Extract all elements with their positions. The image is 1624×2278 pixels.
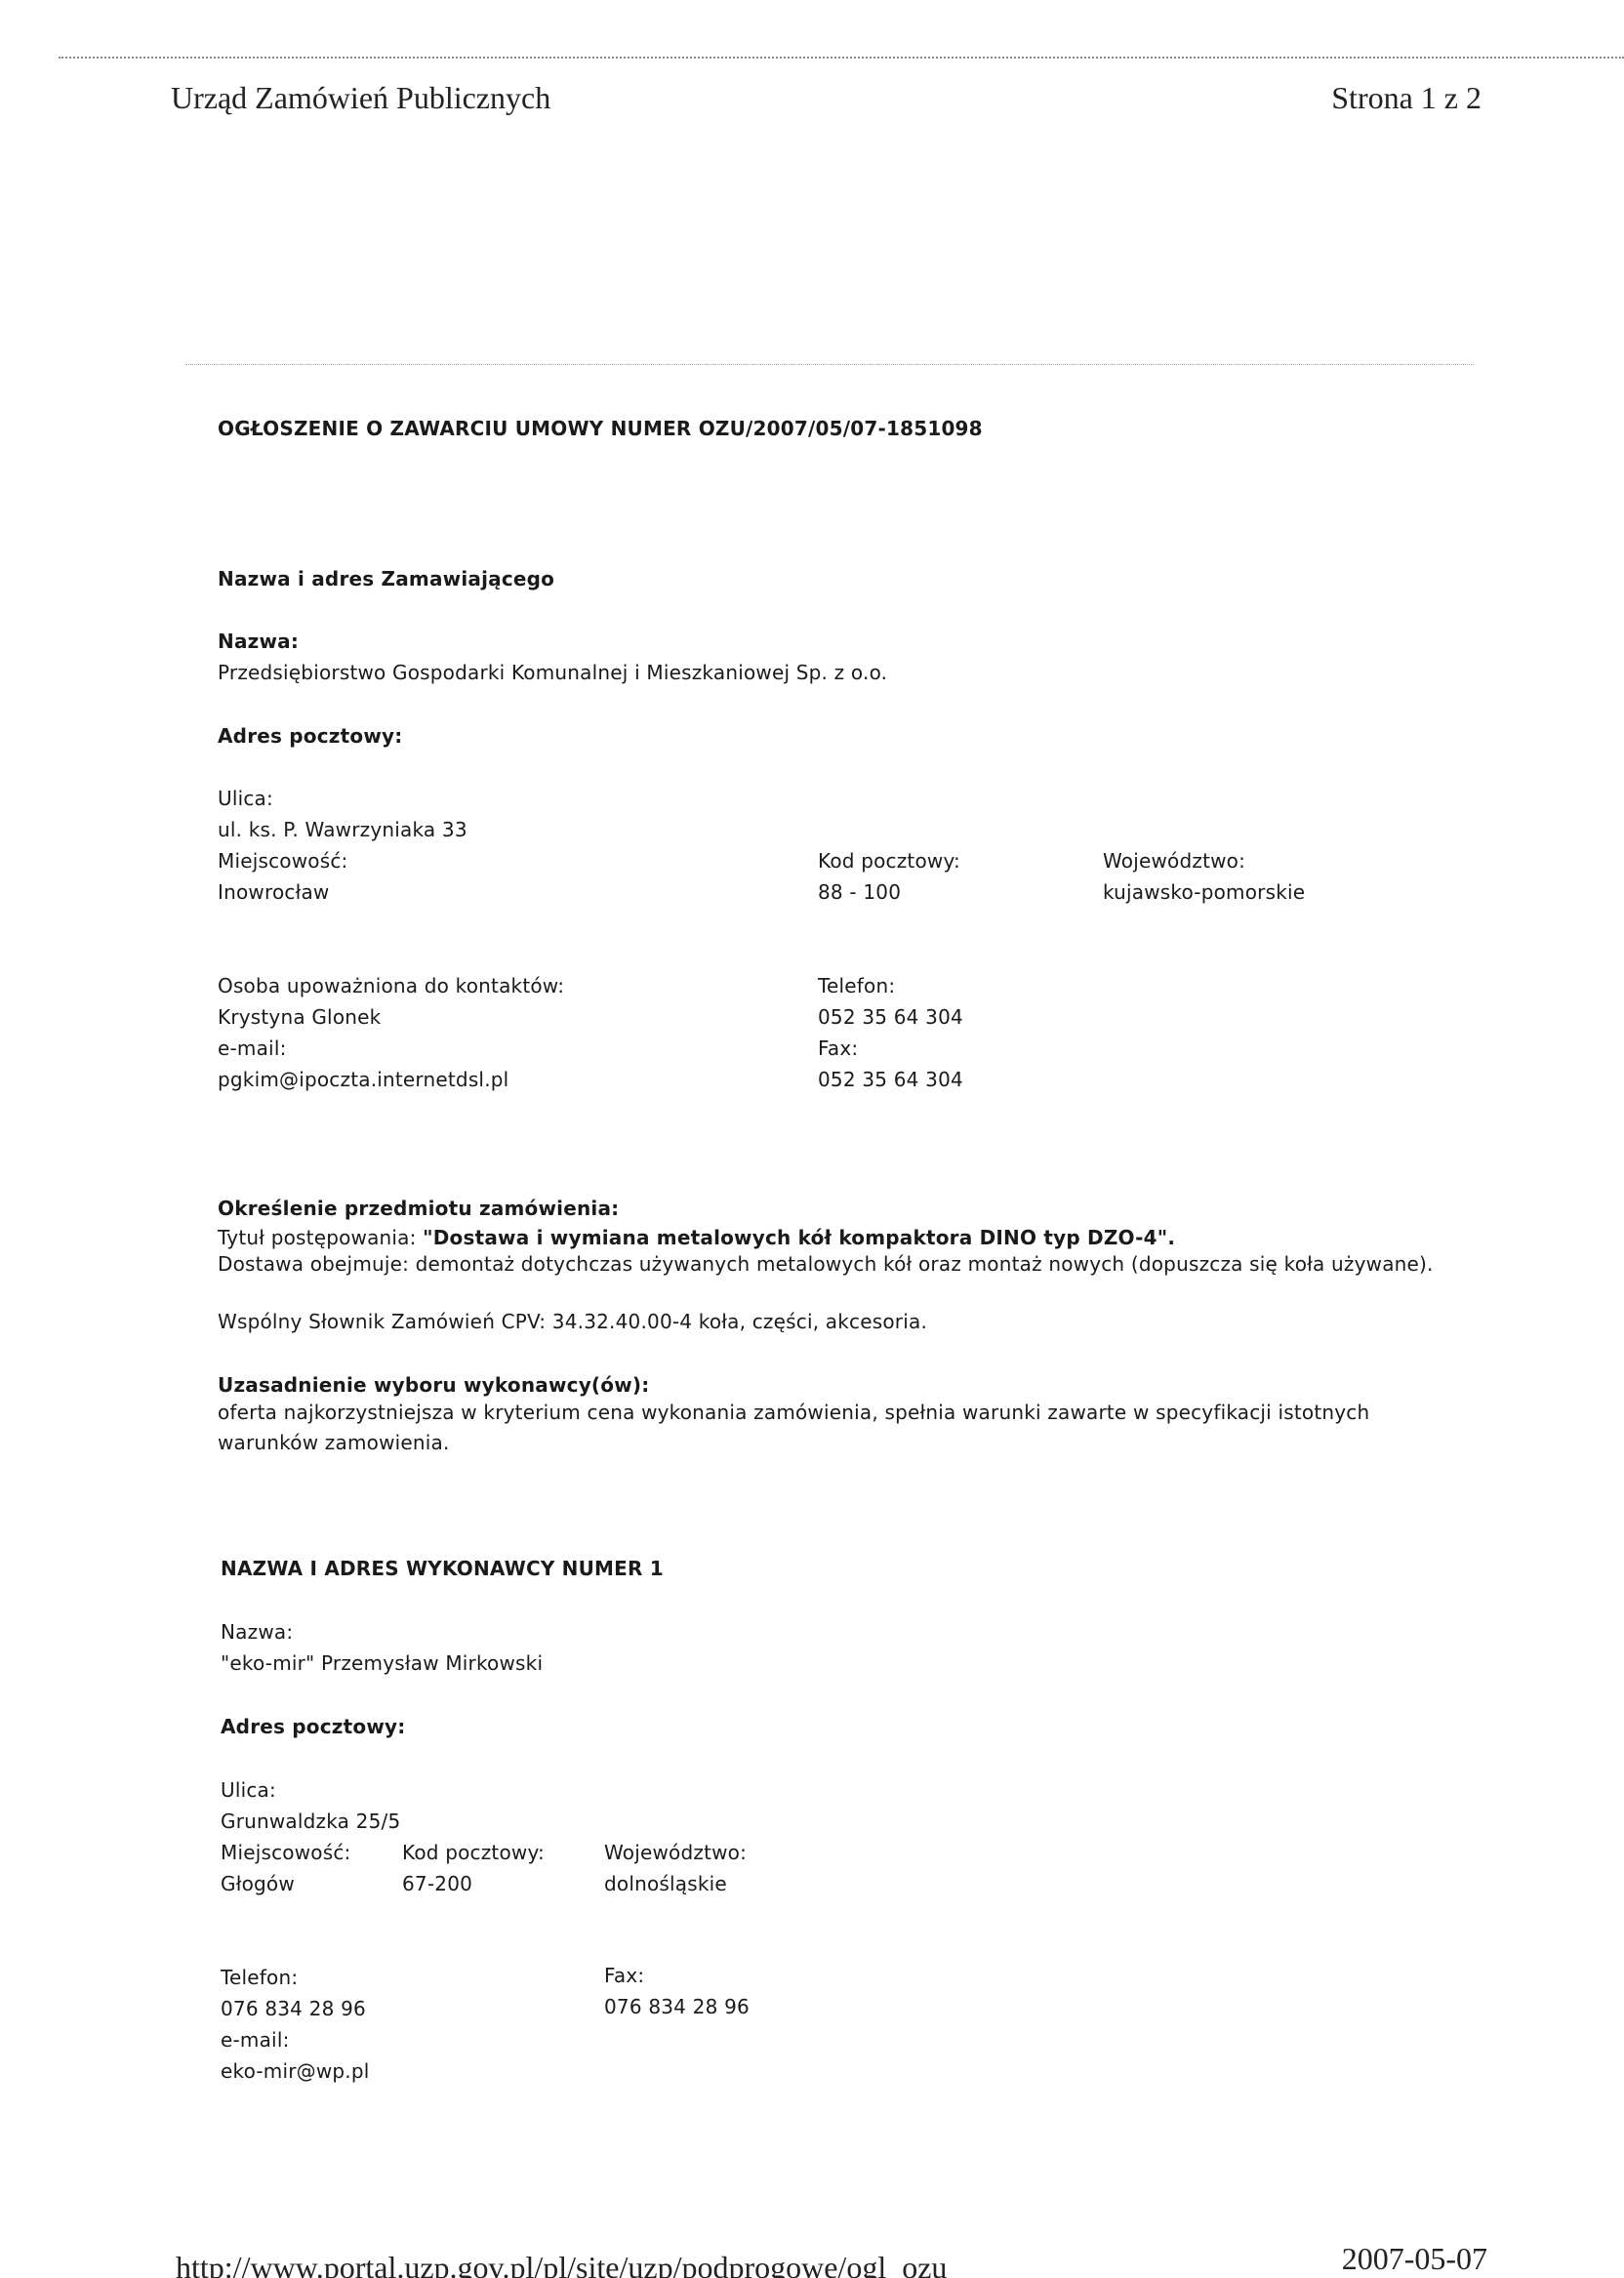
value-kod: 88 - 100	[818, 880, 901, 904]
label-wyk-kod: Kod pocztowy:	[402, 1841, 545, 1864]
value-email: pgkim@ipoczta.internetdsl.pl	[218, 1068, 508, 1091]
footer-url[interactable]: http://www.portal.uzp.gov.pl/pl/site/uzp…	[176, 2250, 947, 2278]
page-indicator: Strona 1 z 2	[1331, 80, 1482, 116]
label-miejscowosc: Miejscowość:	[218, 849, 347, 873]
value-wyk-wojewodztwo: dolnośląskie	[604, 1872, 727, 1895]
label-wyk-nazwa: Nazwa:	[221, 1620, 293, 1644]
value-wyk-fax: 076 834 28 96	[604, 1995, 750, 2018]
przedmiot-dostawa: Dostawa obejmuje: demontaż dotychczas uż…	[218, 1249, 1438, 1280]
label-wyk-fax: Fax:	[604, 1964, 644, 1987]
value-wyk-kod: 67-200	[402, 1872, 472, 1895]
label-fax: Fax:	[818, 1037, 858, 1060]
label-nazwa: Nazwa:	[218, 630, 299, 653]
value-miejscowosc: Inowrocław	[218, 880, 329, 904]
value-tytul: "Dostawa i wymiana metalowych kół kompak…	[423, 1226, 1175, 1249]
value-nazwa: Przedsiębiorstwo Gospodarki Komunalnej i…	[218, 661, 887, 684]
section-heading-zamawiajacy: Nazwa i adres Zamawiającego	[218, 567, 554, 590]
label-email: e-mail:	[218, 1037, 287, 1060]
header-institution: Urząd Zamówień Publicznych	[171, 80, 550, 116]
section-heading-przedmiot: Określenie przedmiotu zamówienia:	[218, 1197, 619, 1220]
value-wyk-telefon: 076 834 28 96	[221, 1997, 366, 2020]
label-osoba: Osoba upoważniona do kontaktów:	[218, 974, 564, 997]
label-wyk-miejscowosc: Miejscowość:	[221, 1841, 350, 1864]
value-wyk-nazwa: "eko-mir" Przemysław Mirkowski	[221, 1651, 543, 1675]
value-wyk-ulica: Grunwaldzka 25/5	[221, 1810, 400, 1833]
separator	[185, 364, 1474, 365]
value-fax: 052 35 64 304	[818, 1068, 963, 1091]
label-kod: Kod pocztowy:	[818, 849, 960, 873]
label-wyk-telefon: Telefon:	[221, 1966, 298, 1989]
value-wyk-miejscowosc: Głogów	[221, 1872, 295, 1895]
przedmiot-tytul: Tytuł postępowania: "Dostawa i wymiana m…	[218, 1226, 1175, 1249]
label-wyk-email: e-mail:	[221, 2028, 290, 2052]
label-wyk-wojewodztwo: Województwo:	[604, 1841, 747, 1864]
value-ulica: ul. ks. P. Wawrzyniaka 33	[218, 818, 467, 841]
przedmiot-cpv: Wspólny Słownik Zamówień CPV: 34.32.40.0…	[218, 1310, 927, 1333]
value-osoba: Krystyna Glonek	[218, 1005, 381, 1029]
uzasadnienie-text: oferta najkorzystniejsza w kryterium cen…	[218, 1398, 1438, 1458]
document-title: OGŁOSZENIE O ZAWARCIU UMOWY NUMER OZU/20…	[218, 417, 983, 440]
label-wyk-adres: Adres pocztowy:	[221, 1715, 405, 1738]
label-telefon: Telefon:	[818, 974, 895, 997]
value-telefon: 052 35 64 304	[818, 1005, 963, 1029]
value-wojewodztwo: kujawsko-pomorskie	[1103, 880, 1305, 904]
top-rule	[59, 57, 1624, 59]
label-wojewodztwo: Województwo:	[1103, 849, 1245, 873]
label-adres: Adres pocztowy:	[218, 724, 402, 748]
label-tytul: Tytuł postępowania:	[218, 1226, 423, 1249]
footer-date: 2007-05-07	[1342, 2241, 1487, 2277]
section-heading-wykonawca: NAZWA I ADRES WYKONAWCY NUMER 1	[221, 1557, 664, 1580]
value-wyk-email: eko-mir@wp.pl	[221, 2059, 370, 2083]
label-ulica: Ulica:	[218, 787, 273, 810]
section-heading-uzasadnienie: Uzasadnienie wyboru wykonawcy(ów):	[218, 1373, 649, 1397]
label-wyk-ulica: Ulica:	[221, 1778, 276, 1802]
